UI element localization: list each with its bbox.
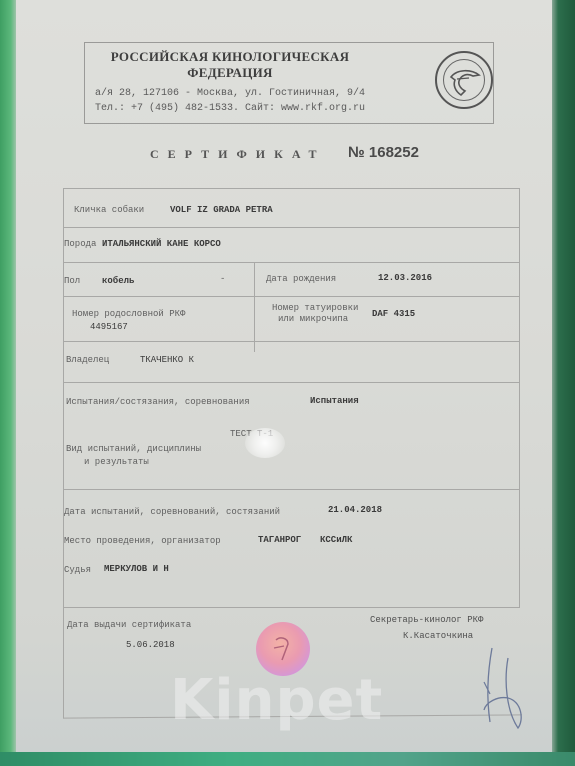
owner-value: ТКАЧЕНКО К — [140, 355, 194, 365]
breed-value: ИТАЛЬЯНСКИЙ КАНЕ КОРСО — [102, 239, 221, 249]
place-value: ТАГАНРОГ — [258, 535, 301, 545]
divider — [64, 489, 519, 490]
signature — [478, 640, 528, 735]
owner-label: Владелец — [66, 355, 109, 365]
divider — [64, 341, 519, 342]
judge-value: МЕРКУЛОВ И Н — [104, 564, 169, 574]
address: а/я 28, 127106 - Москва, ул. Гостиничная… — [95, 88, 365, 99]
sex-value: кобель — [102, 276, 134, 286]
green-frame-bottom — [0, 752, 575, 766]
tattoo-label-line1: Номер татуировки — [272, 303, 358, 313]
divider — [64, 227, 519, 228]
secretary-title: Секретарь-кинолог РКФ — [370, 615, 483, 625]
org-name-line1: РОССИЙСКАЯ КИНОЛОГИЧЕСКАЯ — [85, 49, 375, 65]
sex-extra: - — [220, 274, 225, 284]
pedigree-value: 4495167 — [90, 322, 128, 332]
place-label: Место проведения, организатор — [64, 536, 221, 546]
event-type-value: Испытания — [310, 396, 359, 406]
dog-name-value: VOLF IZ GRADA PETRA — [170, 205, 273, 215]
sex-label: Пол — [64, 276, 80, 286]
tattoo-label-line2: или микрочипа — [278, 314, 348, 324]
header-box: РОССИЙСКАЯ КИНОЛОГИЧЕСКАЯ ФЕДЕРАЦИЯ а/я … — [84, 42, 494, 124]
event-date-value: 21.04.2018 — [328, 505, 382, 515]
organization-name: РОССИЙСКАЯ КИНОЛОГИЧЕСКАЯ ФЕДЕРАЦИЯ — [85, 49, 375, 81]
column-divider — [254, 262, 255, 352]
issue-date-label: Дата выдачи сертификата — [67, 620, 191, 630]
divider — [64, 296, 519, 297]
breed-label: Порода — [64, 239, 96, 249]
divider — [64, 382, 519, 383]
rkf-emblem-icon — [435, 51, 493, 109]
divider — [64, 262, 519, 263]
test-kind-label-line2: и результаты — [84, 457, 149, 467]
organizer-value: КССиЛК — [320, 535, 352, 545]
contacts: Тел.: +7 (495) 482-1533. Сайт: www.rkf.o… — [95, 103, 365, 114]
test-kind-label-line1: Вид испытаний, дисциплины — [66, 444, 201, 454]
event-type-label: Испытания/состязания, соревнования — [66, 397, 250, 407]
pedigree-label: Номер родословной РКФ — [72, 309, 185, 319]
dog-name-label: Кличка собаки — [74, 205, 144, 215]
secretary-name: К.Касаточкина — [403, 631, 473, 641]
org-name-line2: ФЕДЕРАЦИЯ — [85, 65, 375, 81]
tattoo-value: DAF 4315 — [372, 309, 415, 319]
certificate-number: № 168252 — [348, 144, 419, 161]
event-date-label: Дата испытаний, соревнований, состязаний — [64, 507, 280, 517]
kinpet-watermark: Kinpet — [170, 668, 383, 733]
birth-date-value: 12.03.2016 — [378, 273, 432, 283]
judge-label: Судья — [64, 565, 91, 575]
birth-date-label: Дата рождения — [266, 274, 336, 284]
certificate-table: Кличка собаки VOLF IZ GRADA PETRA Порода… — [63, 188, 520, 608]
light-glare — [245, 428, 285, 458]
issue-date-value: 5.06.2018 — [126, 640, 175, 650]
certificate-title: СЕРТИФИКАТ — [150, 147, 325, 162]
